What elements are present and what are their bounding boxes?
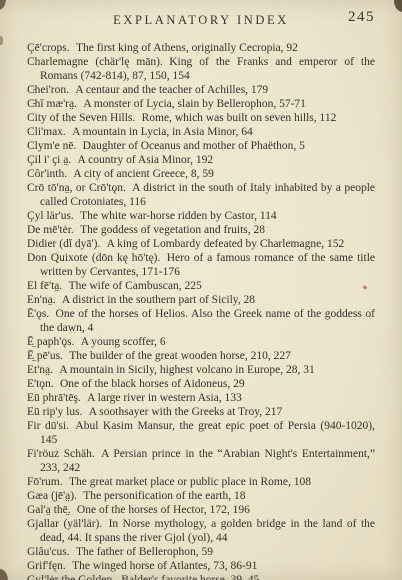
index-entry: Çil i' çi a̤.A country of Asia Minor, 19… [27,153,375,167]
entry-definition: One of the black horses of Aidoneus, 29 [54,378,245,390]
entry-definition: One of the horses of Hector, 172, 196 [71,504,250,516]
index-entry: Grif'fęn.The winged horse of Atlantes, 7… [27,559,375,573]
index-entry: Gyl'lėr the Golden.Balder's favorite hor… [27,573,375,580]
entry-term: Eū rip'y lus. [27,406,82,418]
entry-term: El fē'ta̤. [27,280,62,292]
entry-term: Ē̤ paph'ǫs. [27,336,74,348]
entry-term: Ē̤ pē'us. [27,350,63,362]
index-entries: Çē'crops.The first king of Athens, origi… [27,41,375,580]
index-entry: C̵hei'ron.A centaur and the teacher of A… [27,83,375,97]
index-entry: City of the Seven Hills.Rome, which was … [27,111,375,125]
entry-term: Et'na̤. [27,364,53,376]
index-entry: En'na̤.A district in the southern part o… [27,293,375,307]
entry-definition: A mountain in Lycia, in Asia Minor, 64 [66,126,253,138]
entry-definition: The great market place or public place i… [63,476,311,488]
entry-definition: A city of ancient Greece, 8, 59 [67,168,214,180]
index-entry: El fē'ta̤.The wife of Cambuscan, 225 [27,279,375,293]
index-entry: E'tǫn.One of the black horses of Aidoneu… [27,377,375,391]
entry-term: Ē'ǫs. [27,308,49,320]
index-entry: Çē'crops.The first king of Athens, origi… [27,41,375,55]
index-entry: Ē'ǫs.One of the horses of Helios. Also t… [27,307,375,335]
page-number: 245 [348,9,375,26]
index-entry: Ē̤ pē'us.The builder of the great wooden… [27,349,375,363]
index-entry: Eū rip'y lus.A soothsayer with the Greek… [27,405,375,419]
entry-definition: A large river in western Asia, 133 [81,392,242,404]
index-entry: C̵hĭ mæ'ra̤.A monster of Lycia, slain by… [27,97,375,111]
index-entry: Gal'a̤ thē̤.One of the horses of Hector,… [27,503,375,517]
entry-definition: The goddess of vegetation and fruits, 28 [74,224,265,236]
entry-definition: Rome, which was built on seven hills, 11… [135,112,336,124]
page-header: EXPLANATORY INDEX 245 [0,0,402,34]
entry-definition: Daughter of Oceanus and mother of Phaëth… [76,140,305,152]
entry-definition: The winged horse of Atlantes, 73, 86-91 [66,560,258,572]
entry-term: City of the Seven Hills. [27,112,135,124]
entry-term: Grif'fęn. [27,560,66,572]
entry-term: E'tǫn. [27,378,54,390]
entry-definition: The white war-horse ridden by Castor, 11… [74,210,277,222]
entry-term: Gal'a̤ thē̤. [27,504,71,516]
entry-term: Fir dū'si. [27,420,69,432]
index-entry: Fir dū'si.Abul Kasim Mansur, the great e… [27,419,375,447]
entry-term: Eū phrā'tēş. [27,392,81,404]
entry-definition: A country of Asia Minor, 192 [71,154,213,166]
entry-term: Çil i' çi a̤. [27,154,71,166]
entry-term: Fi'röuz Schäh. [27,448,95,460]
index-entry: Charlemagne (chär'lę mān).King of the Fr… [27,55,375,83]
index-entry: Cli'max.A mountain in Lycia, in Asia Min… [27,125,375,139]
index-entry: Glâu'cus.The father of Bellerophon, 59 [27,545,375,559]
index-entry: Clym'e nē.Daughter of Oceanus and mother… [27,139,375,153]
scan-artifact-left-edge [0,36,3,45]
entry-definition: The wife of Cambuscan, 225 [62,280,201,292]
index-entry: Eū phrā'tēş.A large river in western Asi… [27,391,375,405]
entry-definition: A district in the southern part of Sicil… [56,294,255,306]
index-entry: Don Quixote (dōn kę hō'tę).Hero of a fam… [27,251,375,279]
entry-term: Cli'max. [27,126,66,138]
index-entry: Gæa (jē'a̤).The personification of the e… [27,489,375,503]
entry-term: Charlemagne (chär'lę mān). [27,56,163,68]
entry-definition: A young scoffer, 6 [74,336,165,348]
entry-term: En'na̤. [27,294,56,306]
index-entry: Gjallar (yäl'lär).In Norse mythology, a … [27,517,375,545]
entry-definition: Balder's favorite horse, 39, 45 [115,574,259,580]
index-entry: Fō'rum.The great market place or public … [27,475,375,489]
entry-definition: The personification of the earth, 18 [77,490,246,502]
entry-definition: A centaur and the teacher of Achilles, 1… [69,84,268,96]
entry-term: Glâu'cus. [27,546,70,558]
index-entry: Crō tō'na̤, or Crō'tǫn.A district in the… [27,181,375,209]
entry-term: C̵hei'ron. [27,84,69,96]
index-entry: Et'na̤.A mountain in Sicily, highest vol… [27,363,375,377]
index-entry: Côr'inth.A city of ancient Greece, 8, 59 [27,167,375,181]
entry-term: Çyl lär'us. [27,210,74,222]
entry-term: C̵hĭ mæ'ra̤. [27,98,77,110]
entry-term: De mē'tėr. [27,224,74,236]
index-entry: Fi'röuz Schäh.A Persian prince in the “A… [27,447,375,475]
entry-term: Didier (dĭ dyā'). [27,238,100,250]
entry-definition: A soothsayer with the Greeks at Troy, 21… [82,406,282,418]
entry-term: Fō'rum. [27,476,63,488]
running-head: EXPLANATORY INDEX [0,13,402,28]
entry-definition: A monster of Lycia, slain by Bellerophon… [77,98,306,110]
entry-term: Côr'inth. [27,168,67,180]
entry-term: Crō tō'na̤, or Crō'tǫn. [27,182,126,194]
index-entry: Ē̤ paph'ǫs.A young scoffer, 6 [27,335,375,349]
entry-definition: A king of Lombardy defeated by Charlemag… [100,238,344,250]
index-entry: Didier (dĭ dyā').A king of Lombardy defe… [27,237,375,251]
entry-definition: One of the horses of Helios. Also the Gr… [40,308,375,334]
entry-definition: The builder of the great wooden horse, 2… [63,350,291,362]
entry-definition: A mountain in Sicily, highest volcano in… [53,364,315,376]
entry-term: Gæa (jē'a̤). [27,490,77,502]
entry-definition: The father of Bellerophon, 59 [70,546,213,558]
entry-term: Gyl'lėr the Golden. [27,574,115,580]
entry-definition: The first king of Athens, originally Cec… [70,42,298,54]
book-page: EXPLANATORY INDEX 245 Çē'crops.The first… [0,0,402,580]
entry-term: Gjallar (yäl'lär). [27,518,102,530]
entry-term: Çē'crops. [27,42,70,54]
entry-term: Clym'e nē. [27,140,76,152]
index-entry: Çyl lär'us.The white war-horse ridden by… [27,209,375,223]
entry-definition: Abul Kasim Mansur, the great epic poet o… [40,420,375,446]
entry-term: Don Quixote (dōn kę hō'tę). [27,252,160,264]
index-entry: De mē'tėr.The goddess of vegetation and … [27,223,375,237]
scan-artifact-bottom-left [0,569,8,580]
